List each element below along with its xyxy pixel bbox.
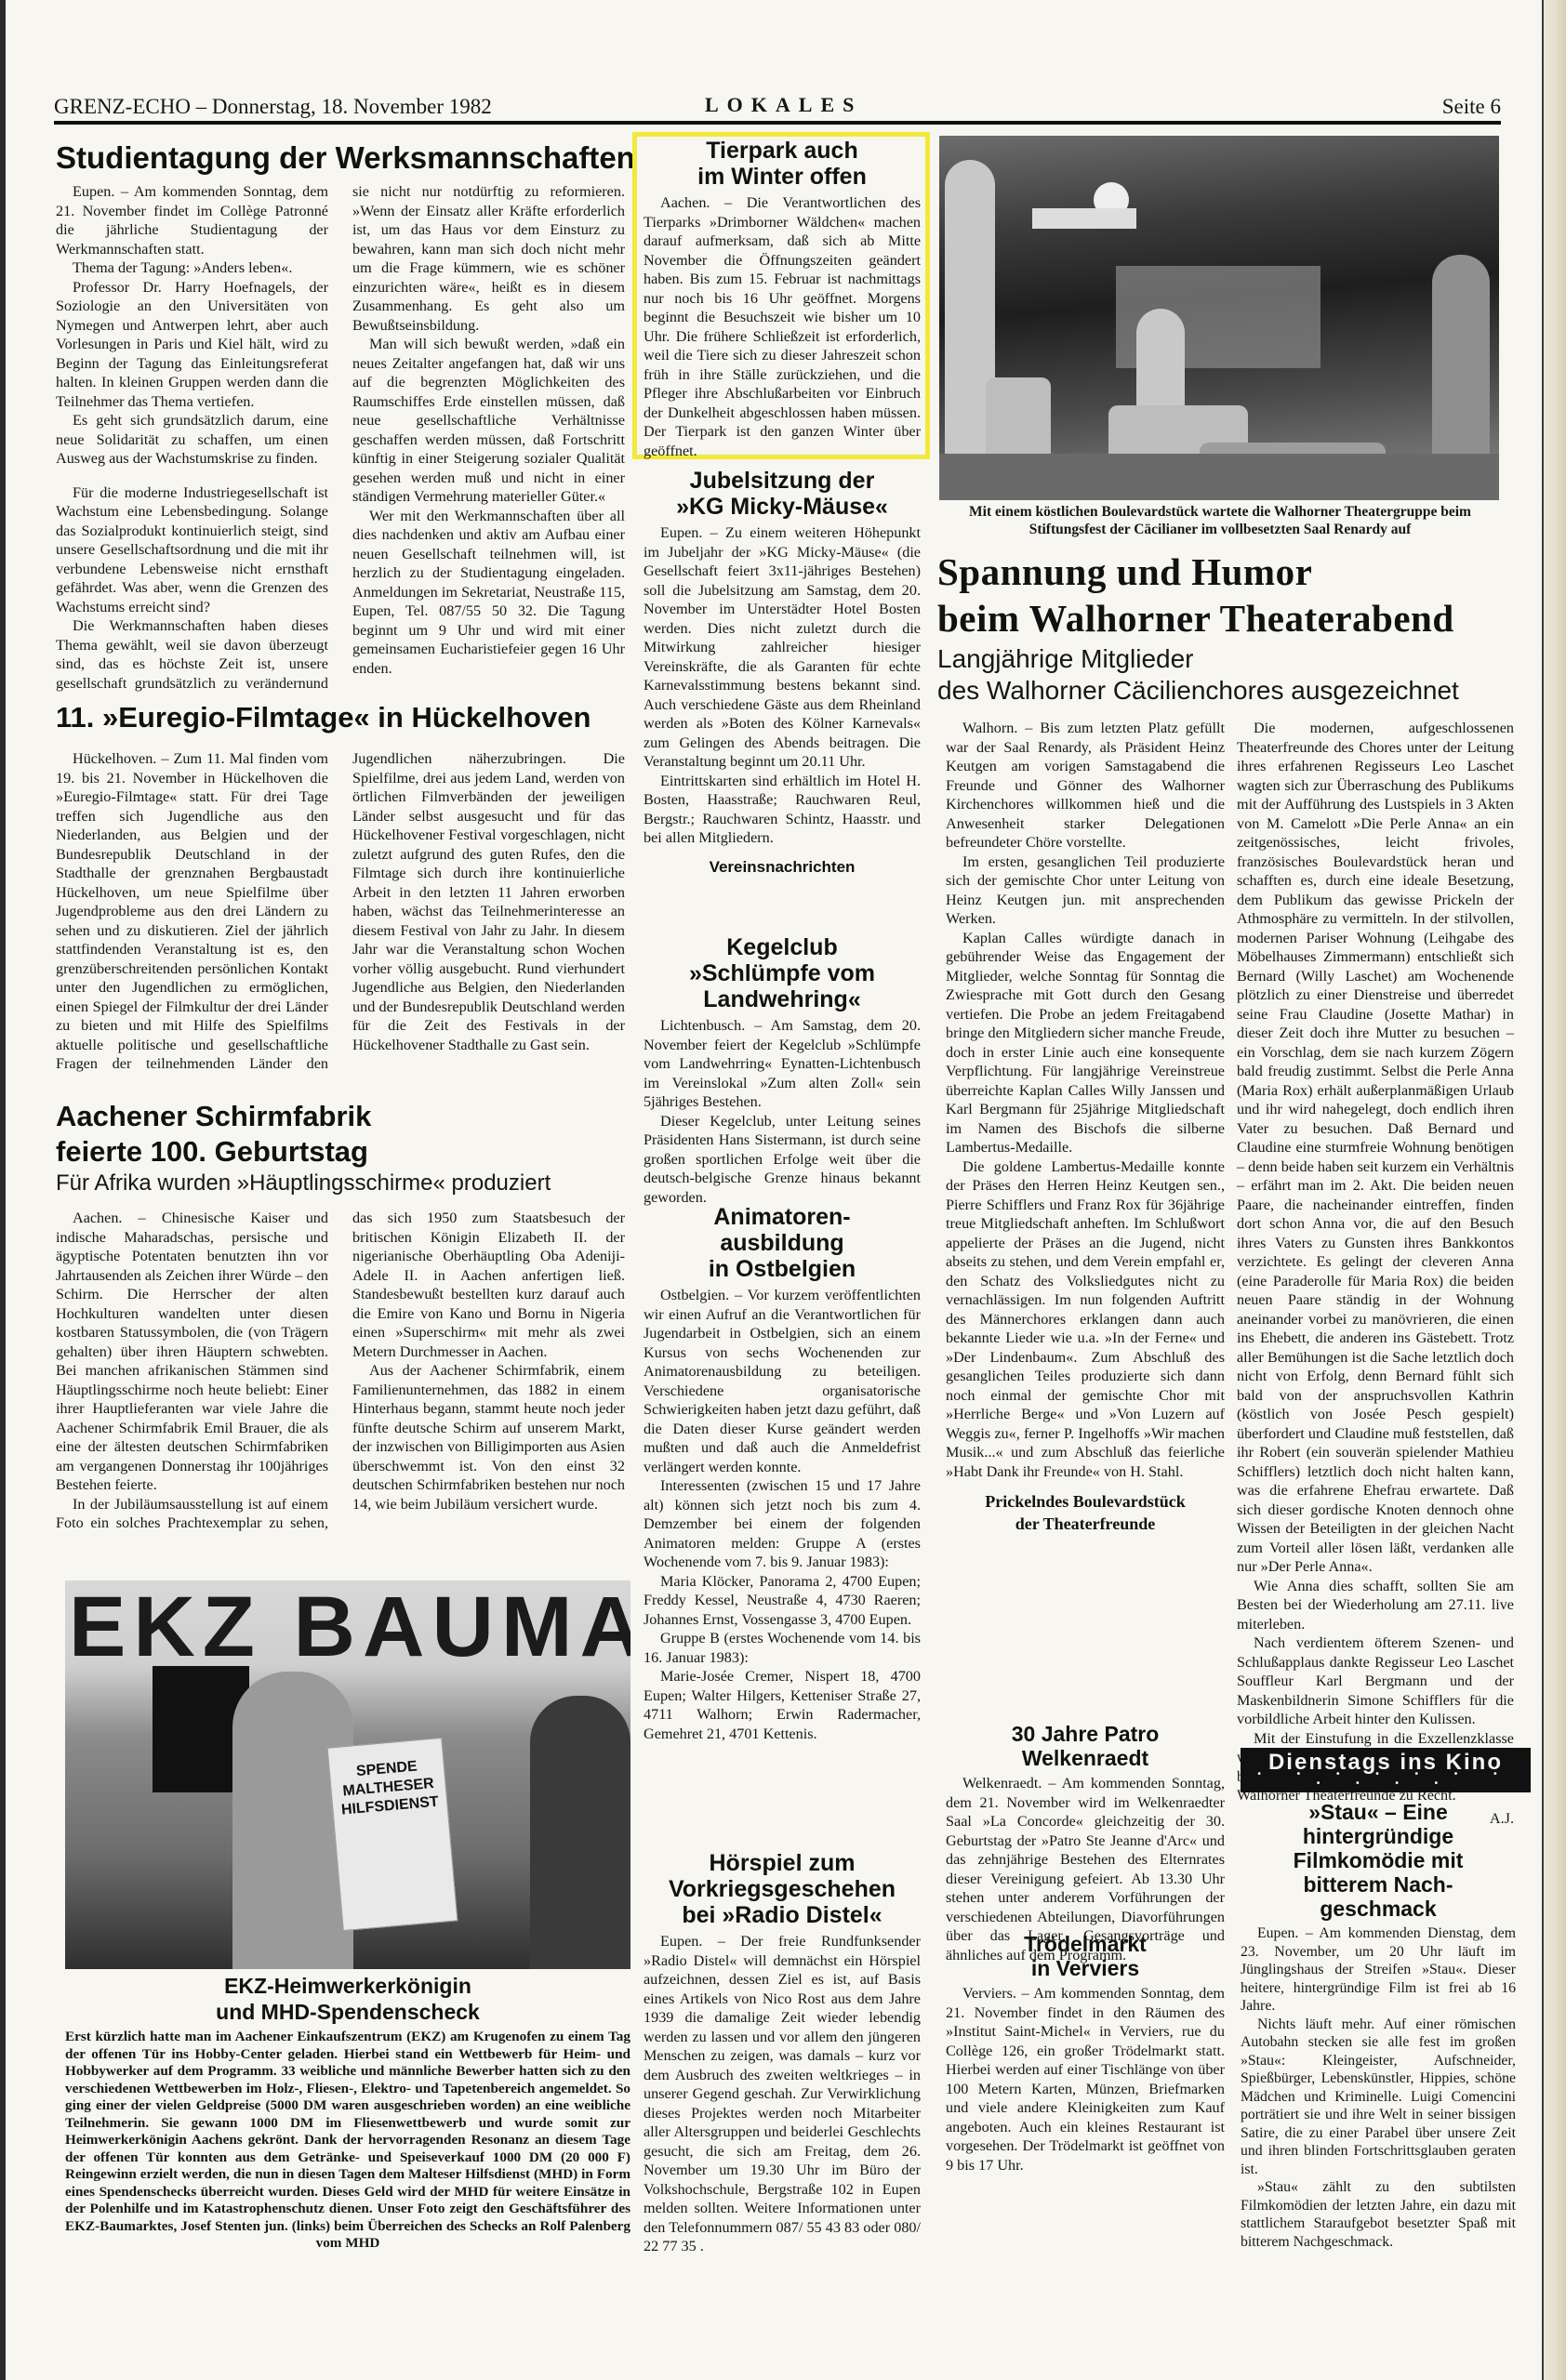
article-micky: Jubelsitzung der »KG Micky-Mäuse« Eupen.… [644, 468, 921, 878]
paragraph: Hückelhoven. – Zum 11. Mal finden vom 19… [56, 749, 625, 1074]
paragraph: Eupen. – Zu einem weiteren Höhepunkt im … [644, 523, 921, 772]
headline-line: Aachener Schirmfabrik [56, 1100, 371, 1132]
photo-donation-poster: SPENDE MALTHESER HILFSDIENST [327, 1738, 458, 1931]
headline-line: »KG Micky-Mäuse« [676, 494, 888, 520]
headline-line: Spannung und Humor [937, 550, 1312, 593]
photo-person-right [530, 1696, 630, 1969]
photo-theater-stage [939, 136, 1499, 500]
article-ekz: EKZ-Heimwerkerkönigin und MHD-Spendensch… [65, 1973, 630, 2253]
section-badge-dienstags-ins-kino: Dienstags ins Kino • • • • • • • • • • • [1241, 1748, 1531, 1792]
headline: Hörspiel zum Vorkriegsgeschehen bei »Rad… [644, 1850, 921, 1928]
article-troedelmarkt: Trödelmarkt in Verviers Verviers. – Am k… [946, 1932, 1225, 2175]
article-hoerspiel: Hörspiel zum Vorkriegsgeschehen bei »Rad… [644, 1850, 921, 2256]
paragraph: »Stau« zählt zu den subtilsten Filmkomöd… [1241, 2178, 1516, 2251]
headline-line: hintergründige [1303, 1824, 1453, 1848]
photo-actor-right [1432, 255, 1490, 478]
article-kino: »Stau« – Eine hintergründige Filmkomödie… [1241, 1800, 1516, 2251]
paragraph: Für die moderne Industriegesellschaft is… [56, 483, 328, 617]
headline-line: Vorkriegsgeschehen [669, 1876, 896, 1902]
paragraph: Eupen. – Der freie Rundfunksender »Radio… [644, 1932, 921, 2256]
photo-sign-ekz-baumarkt: EKZ BAUMARKT [69, 1584, 627, 1670]
headline-line: und MHD-Spendenscheck [216, 2000, 480, 2024]
headline: Animatoren- ausbildung in Ostbelgien [644, 1204, 921, 1282]
headline: »Stau« – Eine hintergründige Filmkomödie… [1241, 1800, 1516, 1921]
page-edge-left [0, 0, 6, 2380]
photo-beam [1032, 208, 1136, 229]
headline-line: »Stau« – Eine [1308, 1800, 1448, 1824]
paragraph: Verviers. – Am kommenden Sonntag, dem 21… [946, 1984, 1225, 2175]
headline: Trödelmarkt in Verviers [946, 1932, 1225, 1980]
headline-line: geschmack [1320, 1897, 1436, 1921]
paragraph: Eintrittskarten sind erhältlich im Hotel… [644, 772, 921, 848]
article-patro: 30 Jahre Patro Welkenraedt Welkenraedt. … [946, 1722, 1225, 1964]
paragraph: Professor Dr. Harry Hoefnagels, der Sozi… [56, 278, 328, 412]
paragraph: Maria Klöcker, Panorama 2, 4700 Eupen; F… [644, 1572, 921, 1630]
subheadline: Langjährige Mitglieder des Walhorner Cäc… [937, 643, 1514, 707]
masthead-section: LOKALES [705, 93, 862, 117]
headline-line: 30 Jahre Patro [1012, 1722, 1160, 1746]
headline-line: Landwehring« [703, 986, 860, 1012]
headline-line: Trödelmarkt [1024, 1932, 1147, 1956]
masthead-rule [54, 121, 1501, 125]
headline: Jubelsitzung der »KG Micky-Mäuse« [644, 468, 921, 520]
article-body: Eupen. – Der freie Rundfunksender »Radio… [644, 1932, 921, 2256]
masthead-page-number: Seite 6 [1442, 95, 1501, 119]
paragraph: Man will sich bewußt werden, »daß ein ne… [352, 335, 625, 507]
headline: Studientagung der Werksmannschaften [56, 139, 625, 177]
article-body: Aachen. – Chinesische Kaiser und indisch… [56, 1209, 625, 1562]
headline-line: Kegelclub [726, 934, 837, 960]
headline-line: beim Walhorner Theaterabend [937, 597, 1454, 640]
paragraph: Marie-Josée Cremer, Nispert 18, 4700 Eup… [644, 1667, 921, 1743]
paragraph: Dieser Kegelclub, unter Leitung seines P… [644, 1112, 921, 1208]
headline: 30 Jahre Patro Welkenraedt [946, 1722, 1225, 1770]
headline-line: in Ostbelgien [709, 1256, 856, 1282]
article-tierpark: Tierpark auch im Winter offen Aachen. – … [644, 138, 921, 460]
article-body: Eupen. – Zu einem weiteren Höhepunkt im … [644, 523, 921, 848]
article-body: Ostbelgien. – Vor kurzem veröffentlichte… [644, 1286, 921, 1743]
article-walhorn-heading: Spannung und Humor beim Walhorner Theate… [937, 549, 1514, 707]
paragraph: Kaplan Calles würdigte danach in gebühre… [946, 929, 1225, 1157]
photo-caption-ekz: Erst kürzlich hatte man im Aachener Eink… [65, 2029, 630, 2253]
section-heading-vereinsnachrichten: Vereinsnachrichten [644, 857, 921, 878]
masthead-publication-date: GRENZ-ECHO – Donnerstag, 18. November 19… [54, 95, 492, 119]
article-body: Eupen. – Am kommenden Dienstag, dem 23. … [1241, 1924, 1516, 2251]
paragraph: Wie Anna dies schafft, sollten Sie am Be… [1237, 1577, 1514, 1634]
headline-line: in Verviers [1031, 1956, 1139, 1980]
headline-line: Hörspiel zum [710, 1850, 856, 1876]
paragraph: Aachen. – Die Verantwortlichen des Tierp… [644, 193, 921, 460]
headline-line: bei »Radio Distel« [682, 1902, 882, 1928]
paragraph: Lichtenbusch. – Am Samstag, dem 20. Nove… [644, 1016, 921, 1112]
paragraph: Thema der Tagung: »Anders leben«. [56, 258, 328, 278]
subheading-boulevardstueck: Prickelndes Boulevardstück der Theaterfr… [974, 1490, 1197, 1535]
article-body: Verviers. – Am kommenden Sonntag, dem 21… [946, 1984, 1225, 2175]
paragraph: Ostbelgien. – Vor kurzem veröffentlichte… [644, 1286, 921, 1476]
headline-line: Jubelsitzung der [690, 468, 875, 494]
paragraph: Aachen. – Chinesische Kaiser und indisch… [56, 1209, 328, 1495]
headline-line: ausbildung [720, 1230, 843, 1256]
headline-line: feierte 100. Geburtstag [56, 1135, 368, 1168]
article-studientagung: Studientagung der Werksmannschaften Eupe… [56, 139, 625, 721]
paragraph: Die goldene Lambertus-Medaille konnte de… [946, 1157, 1225, 1482]
paragraph: Gruppe B (erstes Wochenende vom 14. bis … [644, 1629, 921, 1667]
article-body: Lichtenbusch. – Am Samstag, dem 20. Nove… [644, 1016, 921, 1207]
paragraph: Es geht sich grundsätzlich darum, eine n… [56, 411, 328, 469]
paragraph: Eupen. – Am kommenden Sonntag, dem 21. N… [56, 182, 328, 258]
paragraph: Die modernen, aufgeschlossenen Theaterfr… [1237, 719, 1514, 1577]
headline-line: Filmkomödie mit [1294, 1848, 1464, 1872]
photo-floor [939, 454, 1499, 500]
subheadline-line: des Walhorner Cäcilienchores ausgezeichn… [937, 676, 1459, 705]
photo-ekz-baumarkt: EKZ BAUMARKT SPENDE MALTHESER HILFSDIENS… [65, 1580, 630, 1969]
paragraph: Walhorn. – Bis zum letzten Platz gefüllt… [946, 719, 1225, 853]
headline: EKZ-Heimwerkerkönigin und MHD-Spendensch… [65, 1973, 630, 2025]
article-schirmfabrik: Aachener Schirmfabrik feierte 100. Gebur… [56, 1099, 625, 1562]
headline: Tierpark auch im Winter offen [644, 138, 921, 190]
paragraph: Eupen. – Am kommenden Dienstag, dem 23. … [1241, 1924, 1516, 2016]
photo-caption-theater: Mit einem köstlichen Boulevardstück wart… [941, 503, 1499, 538]
article-kegelclub: Kegelclub »Schlümpfe vom Landwehring« Li… [644, 934, 921, 1207]
paragraph: Interessenten (zwischen 15 und 17 Jahre … [644, 1476, 921, 1572]
paragraph: Nach verdientem öfterem Szenen- und Schl… [1237, 1633, 1514, 1729]
headline-line: EKZ-Heimwerkerkönigin [224, 1974, 471, 1998]
headline-line: Welkenraedt [1022, 1746, 1148, 1770]
article-body: Hückelhoven. – Zum 11. Mal finden vom 19… [56, 749, 625, 1075]
headline: 11. »Euregio-Filmtage« in Hückelhoven [56, 699, 625, 736]
article-walhorn-col1: Walhorn. – Bis zum letzten Platz gefüllt… [946, 719, 1225, 1539]
masthead: GRENZ-ECHO – Donnerstag, 18. November 19… [54, 91, 1501, 123]
page-edge-right [1542, 0, 1566, 2380]
article-animatoren: Animatoren- ausbildung in Ostbelgien Ost… [644, 1204, 921, 1743]
headline-line: Animatoren- [713, 1204, 850, 1230]
paragraph: Nichts läuft mehr. Auf einer römischen A… [1241, 2016, 1516, 2179]
badge-dots: • • • • • • • • • • • [1241, 1770, 1531, 1789]
paragraph: Wer mit den Werkmannschaften über all di… [352, 507, 625, 679]
subheadline-line: Langjährige Mitglieder [937, 644, 1194, 673]
article-body: Aachen. – Die Verantwortlichen des Tierp… [644, 193, 921, 460]
headline: Aachener Schirmfabrik feierte 100. Gebur… [56, 1099, 625, 1170]
article-walhorn-col2: Die modernen, aufgeschlossenen Theaterfr… [1237, 719, 1514, 1828]
headline-line: bitterem Nach- [1303, 1872, 1453, 1897]
headline-line: Tierpark auch [706, 138, 858, 164]
paragraph: Im ersten, gesanglichen Teil produzierte… [946, 853, 1225, 929]
subheadline: Für Afrika wurden »Häuptlingsschirme« pr… [56, 1170, 625, 1197]
paragraph: Aus der Aachener Schirmfabrik, einem Fam… [352, 1361, 625, 1514]
article-body: Eupen. – Am kommenden Sonntag, dem 21. N… [56, 182, 625, 721]
headline: Kegelclub »Schlümpfe vom Landwehring« [644, 934, 921, 1012]
headline-line: »Schlümpfe vom [689, 960, 875, 986]
headline-line: im Winter offen [697, 164, 867, 190]
article-filmtage: 11. »Euregio-Filmtage« in Hückelhoven Hü… [56, 699, 625, 1075]
headline: Spannung und Humor beim Walhorner Theate… [937, 549, 1514, 641]
